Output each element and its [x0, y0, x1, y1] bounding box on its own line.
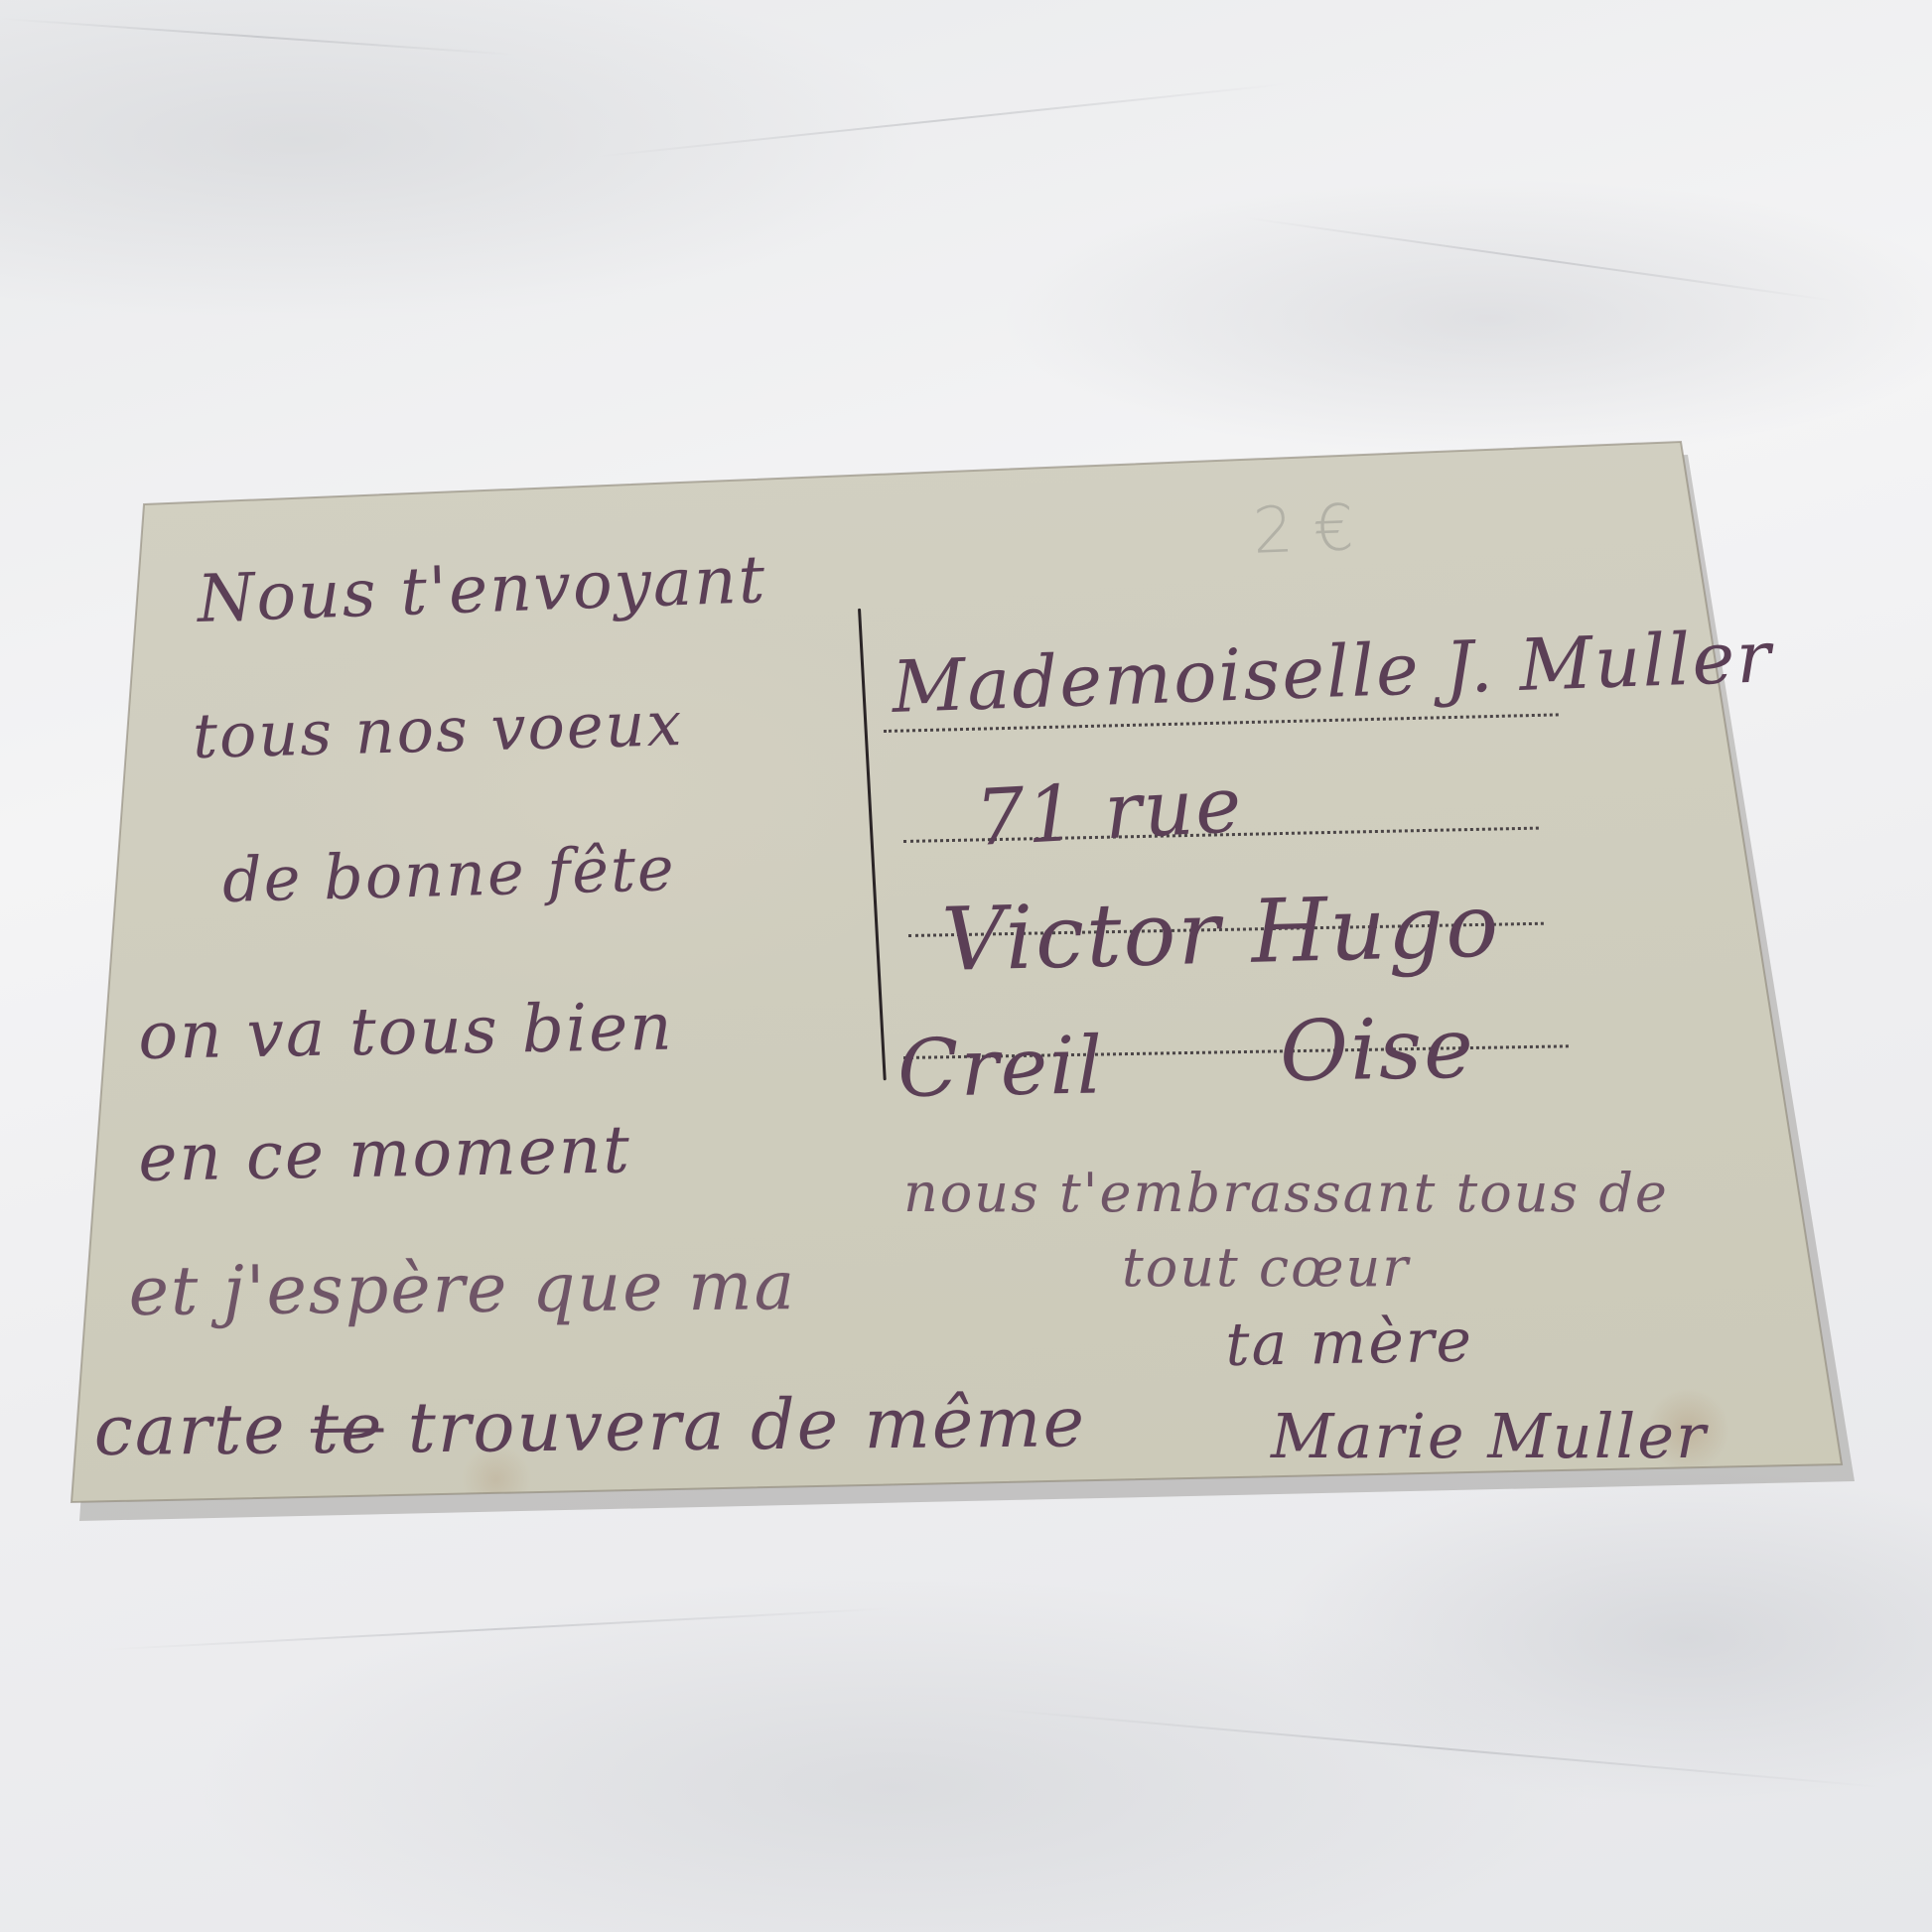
struck-out-word: te — [311, 1387, 384, 1469]
tissue-crease — [598, 82, 1289, 157]
tissue-crease — [99, 1607, 893, 1651]
closing-line-3: ta mère — [1225, 1307, 1474, 1380]
message-line-7-rest: trouvera de même — [407, 1381, 1086, 1468]
message-line-4: on va tous bien — [138, 989, 675, 1074]
address-street-name: Victor Hugo — [940, 874, 1501, 991]
address-city: Creil — [897, 1019, 1105, 1115]
closing-line-1: nous t'embrassant tous de — [903, 1162, 1669, 1224]
pencil-price-mark: 2 € — [1252, 491, 1355, 569]
message-line-2: tous nos voeux — [192, 687, 684, 772]
tissue-crease — [995, 1709, 1885, 1788]
address-street-number: 71 rue — [973, 760, 1245, 864]
message-line-3: de bonne fête — [221, 832, 676, 916]
tissue-crease — [1244, 216, 1834, 301]
closing-line-2: tout cœur — [1122, 1236, 1410, 1299]
message-line-5: en ce moment — [138, 1111, 632, 1196]
signature: Marie Muller — [1271, 1400, 1708, 1472]
tissue-crease — [1, 18, 516, 56]
message-line-7: carte te trouvera de même — [93, 1381, 1086, 1471]
message-line-6: et j'espère que ma — [128, 1247, 796, 1331]
message-word-carte: carte — [93, 1388, 287, 1471]
address-department: Oise — [1279, 1000, 1475, 1100]
